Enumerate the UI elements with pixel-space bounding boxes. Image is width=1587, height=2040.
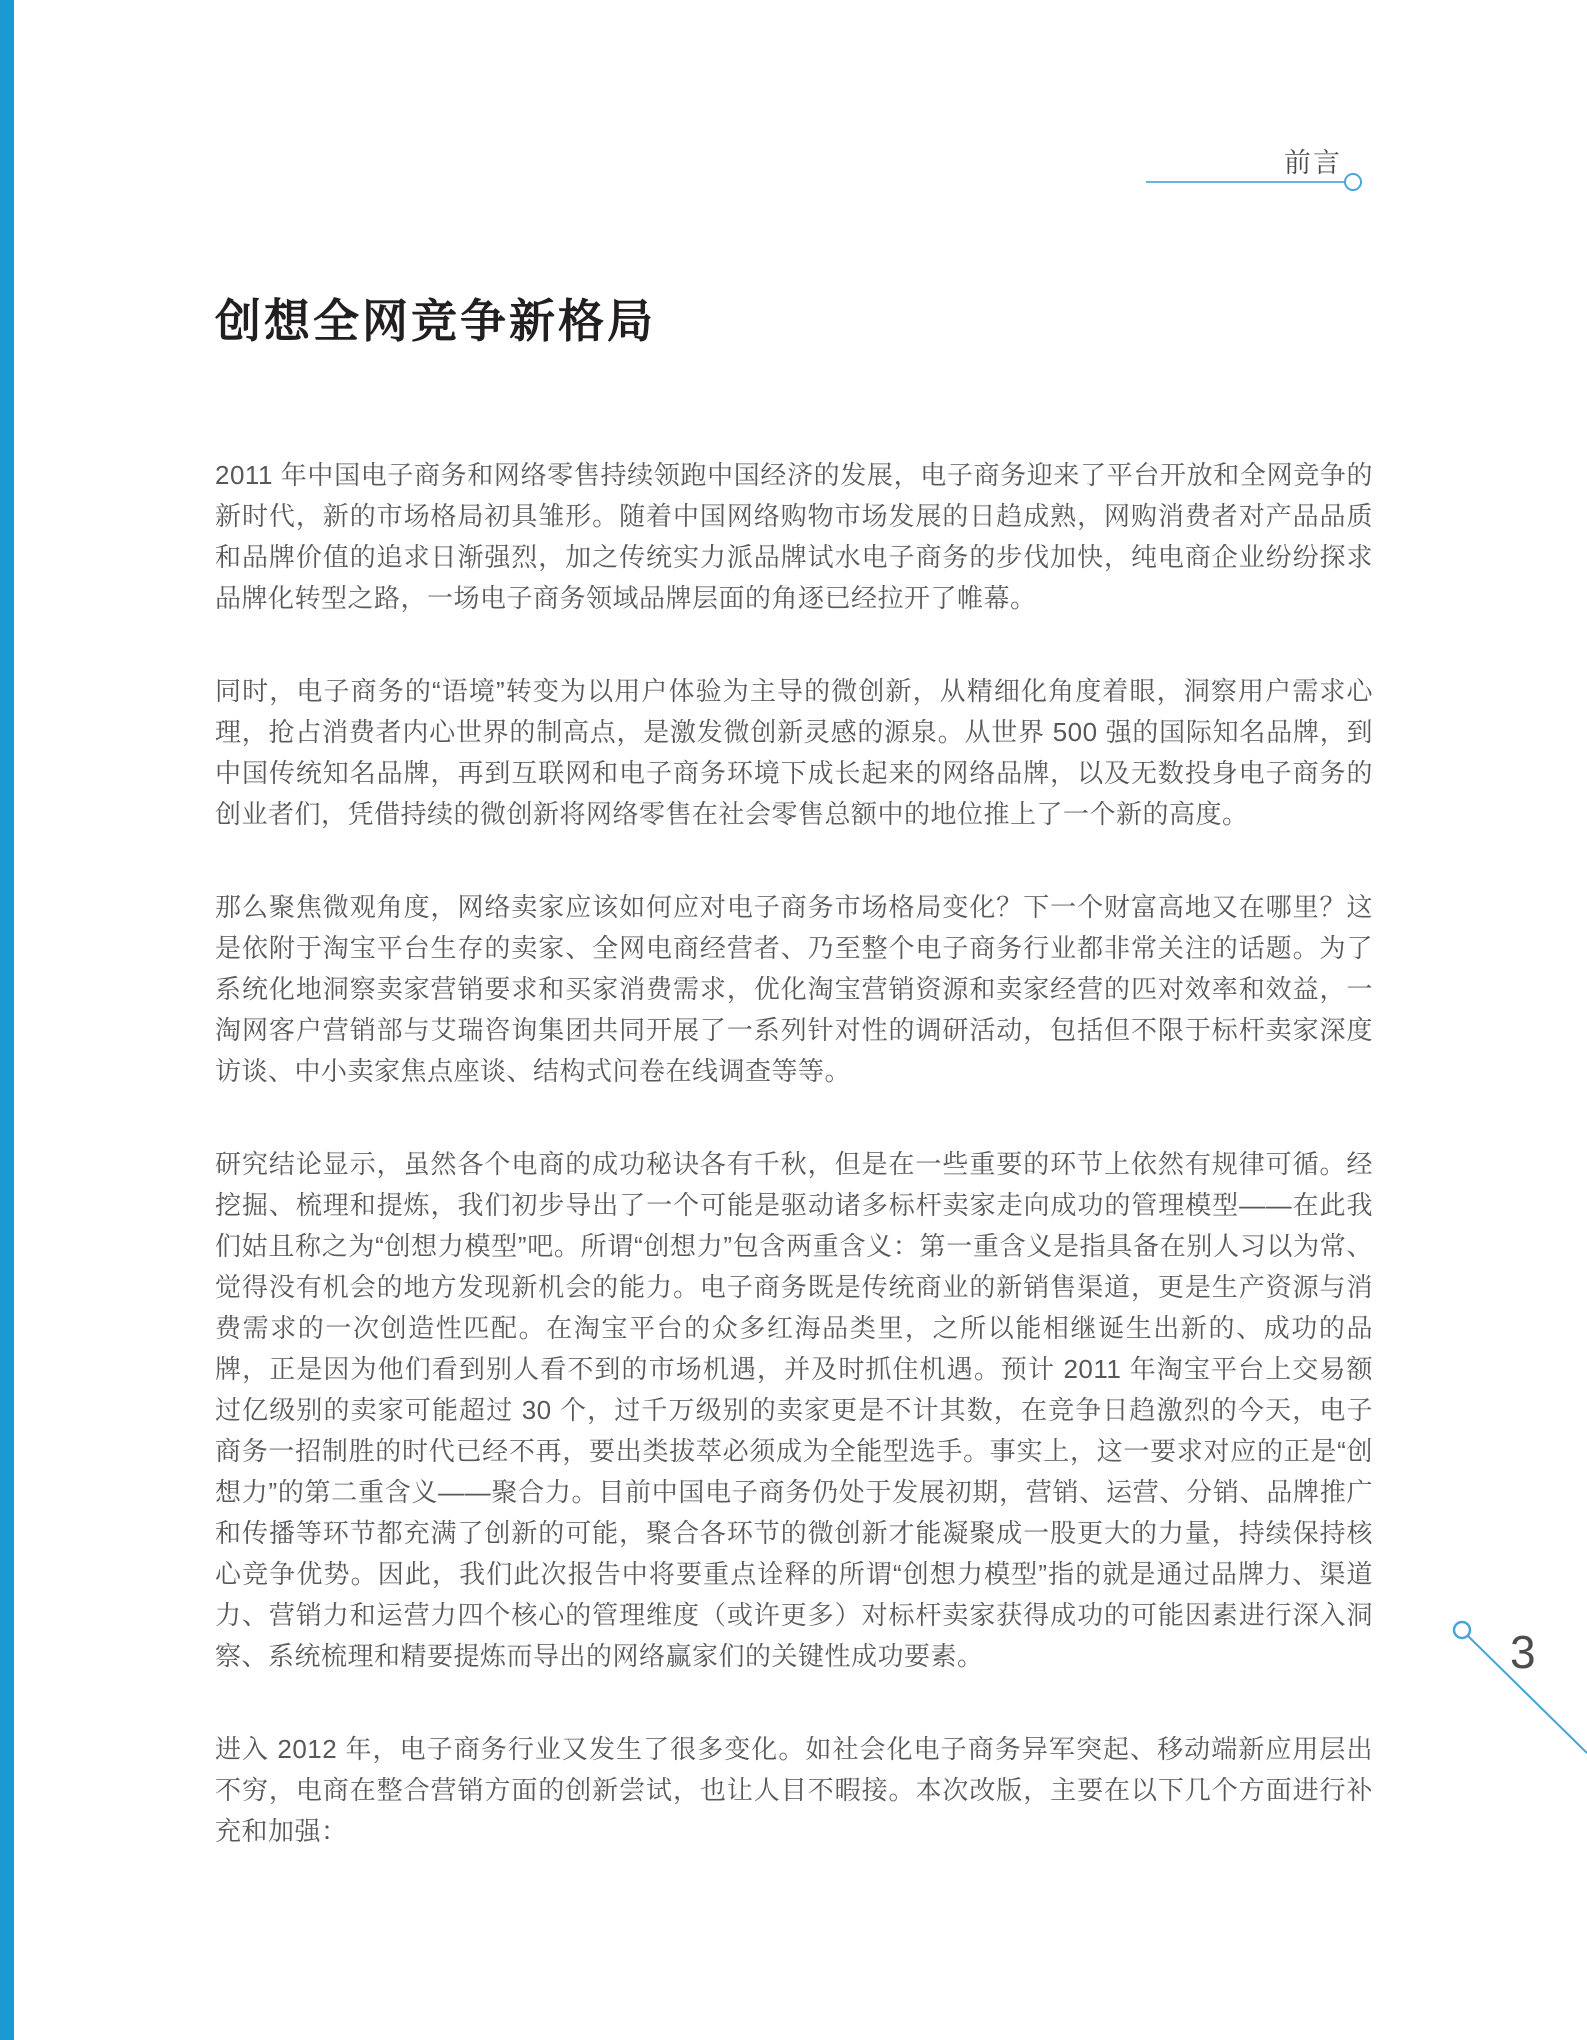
body-paragraph: 2011 年中国电子商务和网络零售持续领跑中国经济的发展，电子商务迎来了平台开放… [215, 455, 1373, 619]
body-paragraph: 进入 2012 年，电子商务行业又发生了很多变化。如社会化电子商务异军突起、移动… [215, 1729, 1373, 1852]
document-page: 前言 创想全网竞争新格局 2011 年中国电子商务和网络零售持续领跑中国经济的发… [0, 0, 1587, 2040]
body-text-block: 2011 年中国电子商务和网络零售持续领跑中国经济的发展，电子商务迎来了平台开放… [215, 455, 1373, 1904]
header-rule-line [1146, 181, 1344, 183]
page-edge-accent-bar [0, 0, 14, 2040]
page-number: 3 [1510, 1627, 1536, 1677]
section-header-label: 前言 [1146, 141, 1342, 180]
body-paragraph: 研究结论显示，虽然各个电商的成功秘诀各有千秋，但是在一些重要的环节上依然有规律可… [215, 1144, 1373, 1677]
decoration-circle-icon [1454, 1622, 1470, 1638]
page-title: 创想全网竞争新格局 [215, 294, 656, 348]
body-paragraph: 同时，电子商务的“语境”转变为以用户体验为主导的微创新，从精细化角度着眼，洞察用… [215, 671, 1373, 835]
body-paragraph: 那么聚焦微观角度，网络卖家应该如何应对电子商务市场格局变化？下一个财富高地又在哪… [215, 887, 1373, 1092]
header-endpoint-circle-icon [1344, 173, 1362, 191]
